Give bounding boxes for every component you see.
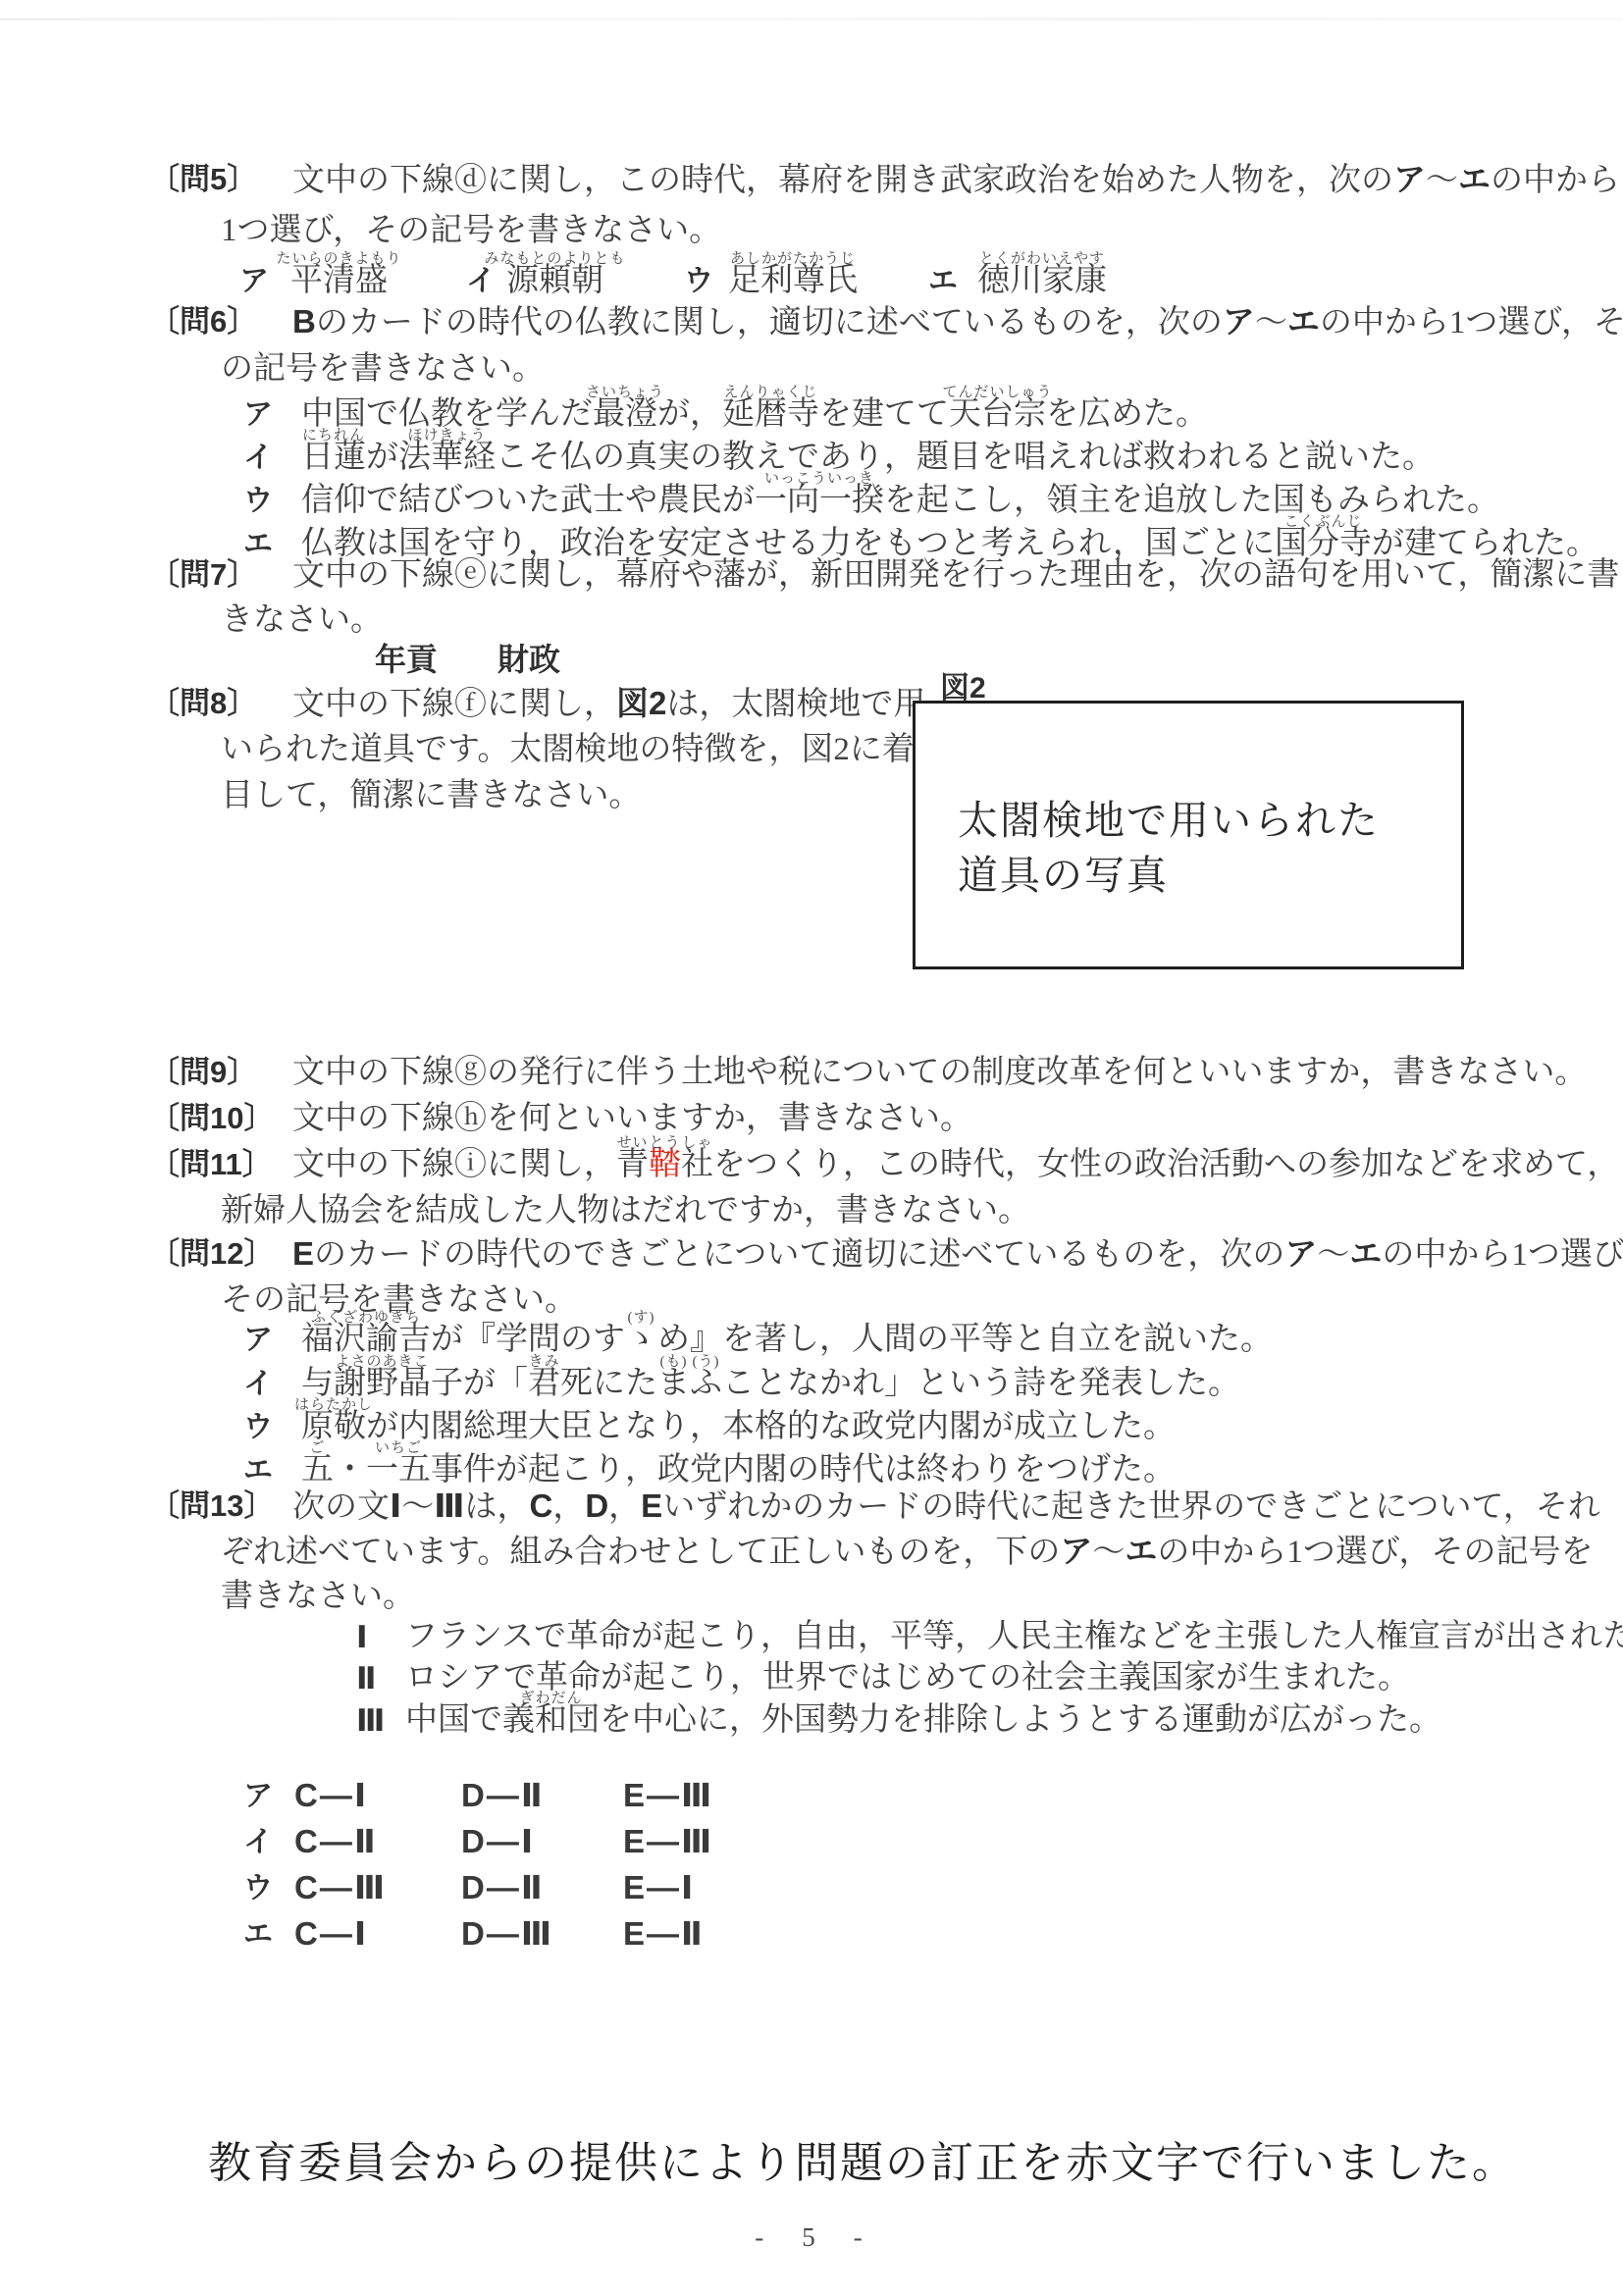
q13-combo-u-d: D―Ⅱ (461, 1868, 545, 1907)
q5-option-a-marker: ア (239, 262, 269, 301)
q5-label: 〔問5〕 (149, 160, 257, 199)
q12-line1: Eのカードの時代のできごとについて適切に述べているものを，次のア〜エの中から1つ… (292, 1234, 1623, 1275)
q12-option-u-marker: ウ (243, 1408, 273, 1447)
q5-line2: 1つ選び，その記号を書きなさい。 (221, 211, 721, 250)
q12-option-i-marker: イ (243, 1365, 273, 1404)
q13-combo-u-marker: ウ (243, 1869, 273, 1908)
q6-option-i-marker: イ (243, 439, 273, 478)
q13-line1: 次の文Ⅰ〜Ⅲは，C，D，Eいずれかのカードの時代に起きた世界のできごとについて，… (292, 1487, 1600, 1527)
q13-statement-3-marker: Ⅲ (356, 1701, 385, 1741)
q13-combo-e-marker: エ (243, 1915, 273, 1955)
q13-line2: ぞれ述べています。組み合わせとして正しいものを，下のア〜エの中から1つ選び，その… (221, 1532, 1594, 1572)
q13-combo-e-e: E―Ⅱ (623, 1914, 705, 1954)
q9-label: 〔問9〕 (149, 1053, 257, 1092)
q11-label: 〔問11〕 (149, 1145, 273, 1184)
q13-combo-a-c: C―Ⅰ (294, 1776, 368, 1815)
q6-line2: の記号を書きなさい。 (221, 349, 545, 389)
q12-option-a-marker: ア (243, 1321, 273, 1360)
q8-line1: 文中の下線ⓕに関し，図2は，太閤検地で用 (292, 684, 925, 724)
q13-combo-i-marker: イ (243, 1823, 273, 1862)
q12-option-e-marker: エ (243, 1451, 273, 1490)
q11-line2: 新婦人協会を結成した人物はだれですか，書きなさい。 (221, 1191, 1030, 1230)
q8-line2: いられた道具です。太閤検地の特徴を，図2に着 (221, 730, 915, 769)
figure-2-caption-line2: 道具の写真 (958, 843, 1169, 901)
q12-label: 〔問12〕 (149, 1234, 274, 1274)
q7-keyword-zaisei: 財政 (497, 640, 560, 679)
q7-line1: 文中の下線ⓔに関し，幕府や藩が，新田開発を行った理由を，次の語句を用いて，簡潔に… (292, 555, 1619, 595)
figure-2-caption-line1: 太閤検地で用いられた (958, 788, 1380, 846)
q5-option-a: 平清盛たいらのきよもり (290, 261, 388, 300)
q13-combo-a-marker: ア (243, 1777, 273, 1816)
q12-option-e: 五ご・一五いちご事件が起こり，政党内閣の時代は終わりをつげた。 (301, 1450, 1176, 1489)
q8-line3: 目して，簡潔に書きなさい。 (221, 776, 641, 815)
q6-option-a-marker: ア (243, 395, 273, 435)
exam-page: 〔問5〕 文中の下線ⓓに関し，この時代，幕府を開き武家政治を始めた人物を，次のア… (0, 0, 1623, 2296)
q13-combo-i-e: E―Ⅲ (623, 1822, 713, 1861)
q13-combo-e-c: C―Ⅰ (294, 1914, 368, 1954)
q6-line1: Bのカードの時代の仏教に関し，適切に述べているものを，次のア〜エの中から1つ選び… (292, 302, 1623, 342)
q13-combo-u-c: C―Ⅲ (294, 1868, 387, 1907)
q13-statement-1: フランスで革命が起こり，自由，平等，人民主権などを主張した人権宣言が出された。 (405, 1617, 1623, 1656)
q13-combo-a-e: E―Ⅲ (623, 1776, 713, 1815)
q10-label: 〔問10〕 (149, 1099, 274, 1138)
q13-combo-i-d: D―Ⅰ (461, 1822, 535, 1861)
q13-statement-1-marker: Ⅰ (356, 1618, 368, 1657)
q13-label: 〔問13〕 (149, 1487, 274, 1526)
q5-option-u: 足利尊氏あしかがたかうじ (728, 261, 858, 300)
q13-statement-3: 中国で義和団ぎわだんを中心に，外国勢力を排除しようとする運動が広がった。 (405, 1700, 1441, 1740)
q9-line1: 文中の下線ⓖの発行に伴う土地や税についての制度改革を何といいますか，書きなさい。 (292, 1053, 1587, 1092)
figure-2-box: 太閤検地で用いられた 道具の写真 (913, 701, 1464, 969)
q5-option-i-marker: イ (466, 262, 496, 301)
q13-combo-a-d: D―Ⅱ (461, 1776, 545, 1815)
q5-option-u-marker: ウ (684, 262, 713, 301)
q12-option-a: 福沢諭吉ふくざわゆきちが『学問のすゝ(す)め』を著し，人間の平等と自立を説いた。 (301, 1320, 1273, 1359)
q13-combo-i-c: C―Ⅱ (294, 1822, 378, 1861)
q6-option-u-marker: ウ (243, 482, 273, 521)
q6-label: 〔問6〕 (149, 302, 257, 341)
q12-option-u: 原敬はらたかしが内閣総理大臣となり，本格的な政党内閣が成立した。 (301, 1407, 1176, 1446)
q7-line2: きなさい。 (221, 600, 383, 640)
scan-artifact (0, 18, 1623, 21)
q7-label: 〔問7〕 (149, 555, 257, 595)
q5-option-e-marker: エ (928, 262, 958, 301)
q7-keyword-nengu: 年貢 (375, 640, 438, 679)
q11-line1: 文中の下線ⓘに関し，青せい鞜とう社しゃをつくり，この時代，女性の政治活動への参加… (292, 1145, 1619, 1184)
q5-option-i: 源頼朝みなもとのよりとも (506, 261, 603, 300)
page-number: - 5 - (755, 2216, 867, 2254)
q5-line1: 文中の下線ⓓに関し，この時代，幕府を開き武家政治を始めた人物を，次のア〜エの中か… (292, 160, 1620, 200)
q13-line3: 書きなさい。 (221, 1577, 415, 1616)
correction-notice: 教育委員会からの提供により問題の訂正を赤文字で行いました。 (208, 2127, 1517, 2190)
q10-line1: 文中の下線ⓗを何といいますか，書きなさい。 (292, 1099, 972, 1138)
q13-combo-u-e: E―Ⅰ (623, 1868, 695, 1907)
q5-option-e: 徳川家康とくがわいえやす (977, 261, 1107, 300)
q13-combo-e-d: D―Ⅲ (461, 1914, 553, 1954)
q8-label: 〔問8〕 (149, 684, 257, 723)
q13-statement-2-marker: Ⅱ (356, 1659, 376, 1698)
q12-option-i: 与謝野晶子よさのあきこが「君きみ死にたま(も)ふ(う)ことなかれ」という詩を発表… (301, 1364, 1240, 1403)
